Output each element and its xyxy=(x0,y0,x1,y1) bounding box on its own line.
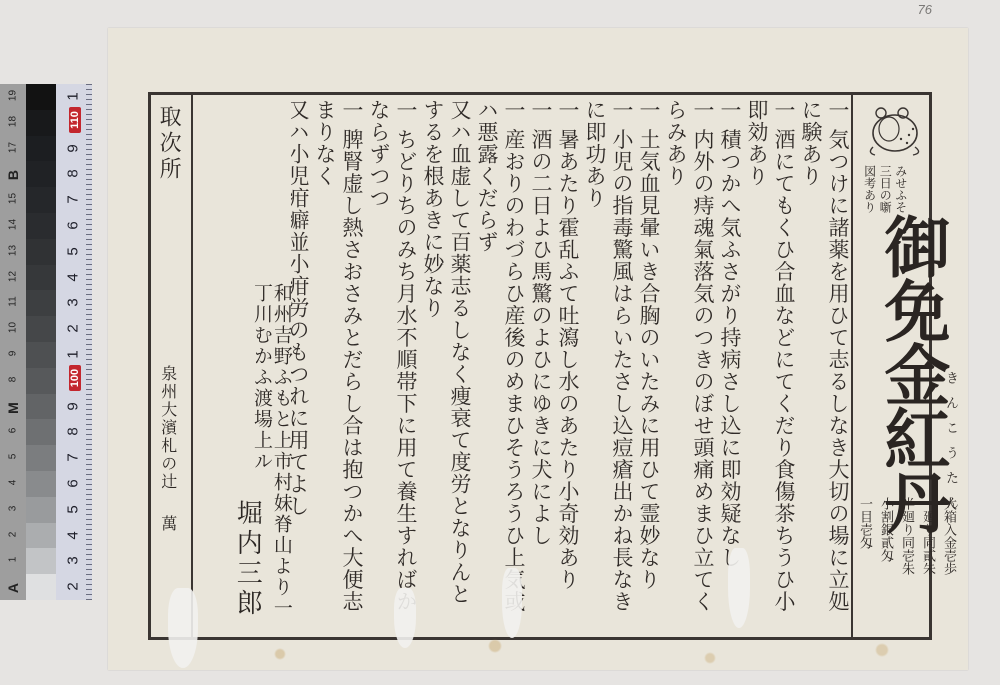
ruler-label: 100 xyxy=(69,365,81,391)
gray-patch-label: 5 xyxy=(8,444,19,470)
gray-patch-label: 17 xyxy=(8,134,19,160)
gray-step xyxy=(26,548,56,574)
ruler-label: 2 xyxy=(65,576,82,598)
woodblock-handbill: 取次所 泉州大濱札の辻 萬 和州吉野ふもと上市村妹脊山より一丁川むかふ渡場上ル … xyxy=(108,28,968,670)
gray-patch-label: 12 xyxy=(8,263,19,289)
ruler-label: 5 xyxy=(65,498,82,520)
gray-patch-label: 10 xyxy=(8,315,19,341)
agent-label: 取次所 xyxy=(157,105,180,183)
gray-step xyxy=(26,342,56,368)
tagline-line: 三日の噺 xyxy=(879,165,892,213)
price-entry: 大箱入金壱歩 xyxy=(939,497,958,575)
price-entry: 一目壱匁 xyxy=(855,497,874,575)
gray-patch-label: 3 xyxy=(8,495,19,521)
title-column-divider xyxy=(851,95,853,637)
price-list: 大箱入金壱歩一廻り同貳朱半廻り同壱朱小割銀貳匁一目壱匁 xyxy=(855,497,958,575)
gray-patch-label: 13 xyxy=(8,237,19,263)
print-border: 取次所 泉州大濱札の辻 萬 和州吉野ふもと上市村妹脊山より一丁川むかふ渡場上ル … xyxy=(148,92,932,640)
gray-step xyxy=(26,368,56,394)
gray-step xyxy=(26,213,56,239)
price-entry: 小割銀貳匁 xyxy=(876,497,895,575)
color-calibration-scale: 191817B15141312111098M654321A 1110987654… xyxy=(0,84,92,600)
ruler-label: 2 xyxy=(65,318,82,340)
paper-tear xyxy=(502,568,522,638)
ruler-label: 3 xyxy=(65,292,82,314)
gray-step xyxy=(26,523,56,549)
gray-patch-label: 15 xyxy=(8,186,19,212)
gray-patch-label: 4 xyxy=(8,470,19,496)
gray-patch-label: 18 xyxy=(8,108,19,134)
efficacy-line: 一 積つかへ気ふさがり持病さし込に即効疑なし xyxy=(716,99,743,619)
paper-tear xyxy=(394,588,416,648)
gray-step xyxy=(26,445,56,471)
efficacy-line: 一 内外の痔魂氣落気のつきのぼせ頭痛めまひ立てくらみあり xyxy=(662,99,716,619)
agent-name: 萬 xyxy=(159,515,176,531)
ruler-label: 6 xyxy=(65,473,82,495)
gray-step xyxy=(26,136,56,162)
gray-patch-label: 8 xyxy=(8,366,19,392)
efficacy-line: 一 酒の二日よひ馬驚のよひにゆきに犬によし xyxy=(527,99,554,619)
efficacy-line: 一 酒にてもくひ合血などにてくだり食傷茶ちうひ小即効あり xyxy=(743,99,797,619)
toad-icon xyxy=(863,99,927,159)
tagline: みせふそ 三日の噺 図考あり xyxy=(863,165,907,213)
seller-name: 堀内三郎 xyxy=(233,499,260,619)
ruler-label: 1 xyxy=(65,344,82,366)
gray-step xyxy=(26,265,56,291)
gray-patch-label: 6 xyxy=(8,418,19,444)
ruler-label: 7 xyxy=(65,189,82,211)
efficacy-line: 又ハ血虚して百薬志るしなく痩衰て度労となりんとするを根あきに妙なり xyxy=(419,99,473,619)
ruler-label: 9 xyxy=(65,395,82,417)
efficacy-text-body: 一 気つけに諸薬を用ひて志るしなき大切の場に立処に験あり一 酒にてもくひ合血など… xyxy=(291,99,851,619)
ruler-label: 1 xyxy=(65,86,82,108)
gray-step xyxy=(26,471,56,497)
gray-step xyxy=(26,394,56,420)
agent-column-divider xyxy=(191,95,193,637)
ruler-label: 3 xyxy=(65,550,82,572)
gray-patch-label: 9 xyxy=(8,341,19,367)
ruler-label: 7 xyxy=(65,447,82,469)
gray-patch-label: 2 xyxy=(8,521,19,547)
grayscale-steps xyxy=(26,84,56,600)
gray-step xyxy=(26,574,56,600)
measurement-ruler: 111098765432110098765432 xyxy=(56,84,92,600)
tagline-line: 図考あり xyxy=(863,165,876,213)
efficacy-line: 又ハ小児疳癖並小疳労のもつれに用てよし xyxy=(291,99,311,619)
gray-step xyxy=(26,84,56,110)
price-entry: 一廻り同貳朱 xyxy=(918,497,937,575)
efficacy-line: 一 暑あたり霍乱ふて吐瀉し水のあたり小奇効あり xyxy=(554,99,581,619)
efficacy-line: 一 ちどりちのみち月水不順帯下に用て養生すればかならずつつ xyxy=(365,99,419,619)
ruler-label: 9 xyxy=(65,137,82,159)
gray-patch-label: B xyxy=(5,162,21,188)
efficacy-line: 一 産おりのわづらひ産後のめまひそうろうひ上気或ハ悪露くだらず xyxy=(473,99,527,619)
gray-patch-label: A xyxy=(5,575,21,601)
efficacy-line: 一 脾腎虚し熱さおさみとだらし合は抱つかへ大便志まりなく xyxy=(311,99,365,619)
price-entry: 半廻り同壱朱 xyxy=(897,497,916,575)
agent-address: 泉州大濱札の辻 xyxy=(159,365,176,491)
gray-step xyxy=(26,290,56,316)
gray-step xyxy=(26,110,56,136)
ruler-label: 6 xyxy=(65,215,82,237)
gray-step xyxy=(26,497,56,523)
archive-page-number: 76 xyxy=(918,2,932,17)
ruler-label: 8 xyxy=(65,421,82,443)
paper-tear xyxy=(168,588,198,668)
gray-step xyxy=(26,419,56,445)
ruler-label: 4 xyxy=(65,524,82,546)
gray-patch-label: 14 xyxy=(8,212,19,238)
ruler-label: 110 xyxy=(69,107,81,133)
gray-step xyxy=(26,187,56,213)
ruler-label: 4 xyxy=(65,266,82,288)
gray-patch-label: 19 xyxy=(8,83,19,109)
efficacy-line: 一 気つけに諸薬を用ひて志るしなき大切の場に立処に験あり xyxy=(797,99,851,619)
ruler-label: 8 xyxy=(65,163,82,185)
efficacy-line: 一 土気血見暈いき合胸のいたみに用ひて霊妙なり xyxy=(635,99,662,619)
paper-tear xyxy=(728,548,750,628)
gray-patch-label: 1 xyxy=(8,547,19,573)
gray-step xyxy=(26,316,56,342)
ruler-label: 5 xyxy=(65,240,82,262)
gray-patch-label: 11 xyxy=(8,289,19,315)
tagline-line: みせふそ xyxy=(894,165,907,213)
gray-patch-labels: 191817B15141312111098M654321A xyxy=(0,84,26,600)
gray-step xyxy=(26,239,56,265)
gray-step xyxy=(26,161,56,187)
efficacy-line: 一 小児の指毒驚風はらいたさし込痘瘡出かね長なきに即功あり xyxy=(581,99,635,619)
